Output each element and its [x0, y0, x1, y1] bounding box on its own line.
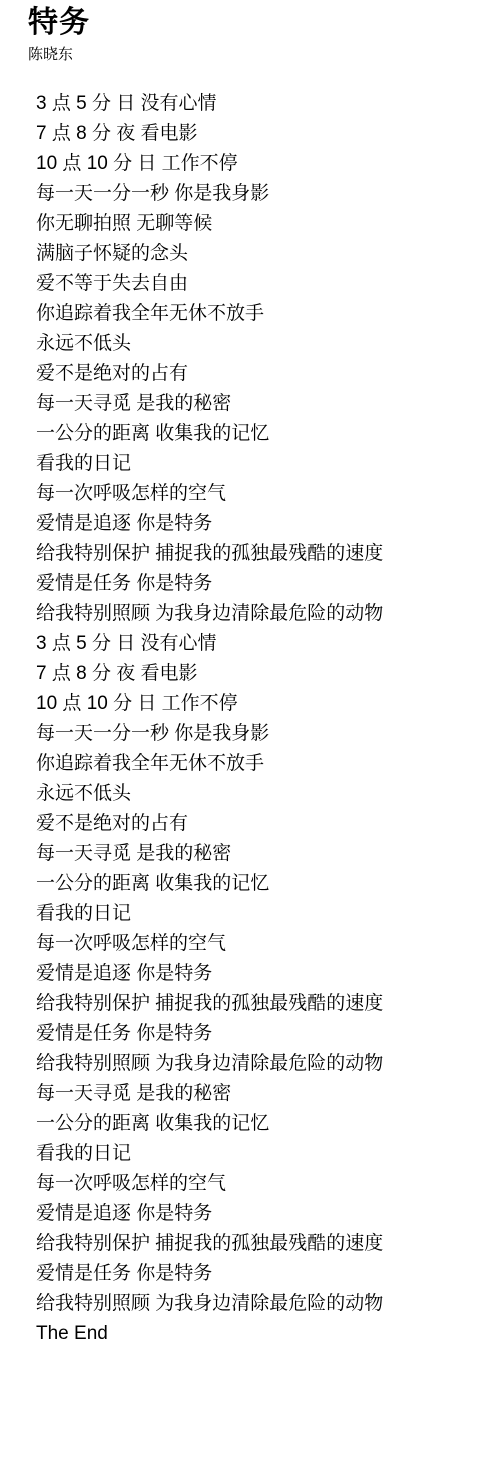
lyric-line: 看我的日记	[36, 449, 490, 479]
lyric-line: 每一次呼吸怎样的空气	[36, 929, 490, 959]
lyric-line: 爱不是绝对的占有	[36, 809, 490, 839]
lyric-line: 每一天一分一秒 你是我身影	[36, 179, 490, 209]
lyric-line: 爱情是追逐 你是特务	[36, 509, 490, 539]
lyric-line: 每一天一分一秒 你是我身影	[36, 719, 490, 749]
lyric-line: 给我特别照顾 为我身边清除最危险的动物	[36, 1049, 490, 1079]
lyric-line: 爱情是任务 你是特务	[36, 569, 490, 599]
lyric-line: 给我特别照顾 为我身边清除最危险的动物	[36, 1289, 490, 1319]
lyric-line: 永远不低头	[36, 779, 490, 809]
lyric-line: 每一天寻觅 是我的秘密	[36, 1079, 490, 1109]
lyric-line: 10 点 10 分 日 工作不停	[36, 149, 490, 179]
lyric-line: The End	[36, 1319, 490, 1349]
lyric-line: 看我的日记	[36, 899, 490, 929]
lyric-line: 爱情是任务 你是特务	[36, 1019, 490, 1049]
lyric-line: 每一天寻觅 是我的秘密	[36, 389, 490, 419]
lyric-line: 7 点 8 分 夜 看电影	[36, 659, 490, 689]
lyric-line: 你无聊拍照 无聊等候	[36, 209, 490, 239]
lyric-line: 给我特别保护 捕捉我的孤独最残酷的速度	[36, 539, 490, 569]
lyric-line: 给我特别照顾 为我身边清除最危险的动物	[36, 599, 490, 629]
lyric-line: 3 点 5 分 日 没有心情	[36, 89, 490, 119]
lyric-line: 一公分的距离 收集我的记忆	[36, 419, 490, 449]
lyric-line: 满脑子怀疑的念头	[36, 239, 490, 269]
lyrics-page: 特务 陈晓东 3 点 5 分 日 没有心情7 点 8 分 夜 看电影10 点 1…	[0, 0, 500, 1349]
lyric-line: 7 点 8 分 夜 看电影	[36, 119, 490, 149]
lyric-line: 你追踪着我全年无休不放手	[36, 749, 490, 779]
page-title: 特务	[28, 2, 490, 44]
lyric-line: 看我的日记	[36, 1139, 490, 1169]
lyric-line: 你追踪着我全年无休不放手	[36, 299, 490, 329]
lyric-line: 10 点 10 分 日 工作不停	[36, 689, 490, 719]
lyric-line: 爱情是任务 你是特务	[36, 1259, 490, 1289]
lyric-line: 爱不是绝对的占有	[36, 359, 490, 389]
lyric-line: 3 点 5 分 日 没有心情	[36, 629, 490, 659]
lyric-line: 每一次呼吸怎样的空气	[36, 479, 490, 509]
lyric-line: 给我特别保护 捕捉我的孤独最残酷的速度	[36, 989, 490, 1019]
lyric-line: 爱不等于失去自由	[36, 269, 490, 299]
lyric-line: 一公分的距离 收集我的记忆	[36, 869, 490, 899]
artist-name: 陈晓东	[28, 44, 490, 65]
lyric-line: 爱情是追逐 你是特务	[36, 1199, 490, 1229]
lyrics-list: 3 点 5 分 日 没有心情7 点 8 分 夜 看电影10 点 10 分 日 工…	[28, 89, 490, 1349]
lyric-line: 每一次呼吸怎样的空气	[36, 1169, 490, 1199]
lyric-line: 每一天寻觅 是我的秘密	[36, 839, 490, 869]
lyric-line: 给我特别保护 捕捉我的孤独最残酷的速度	[36, 1229, 490, 1259]
lyric-line: 永远不低头	[36, 329, 490, 359]
lyric-line: 爱情是追逐 你是特务	[36, 959, 490, 989]
lyric-line: 一公分的距离 收集我的记忆	[36, 1109, 490, 1139]
